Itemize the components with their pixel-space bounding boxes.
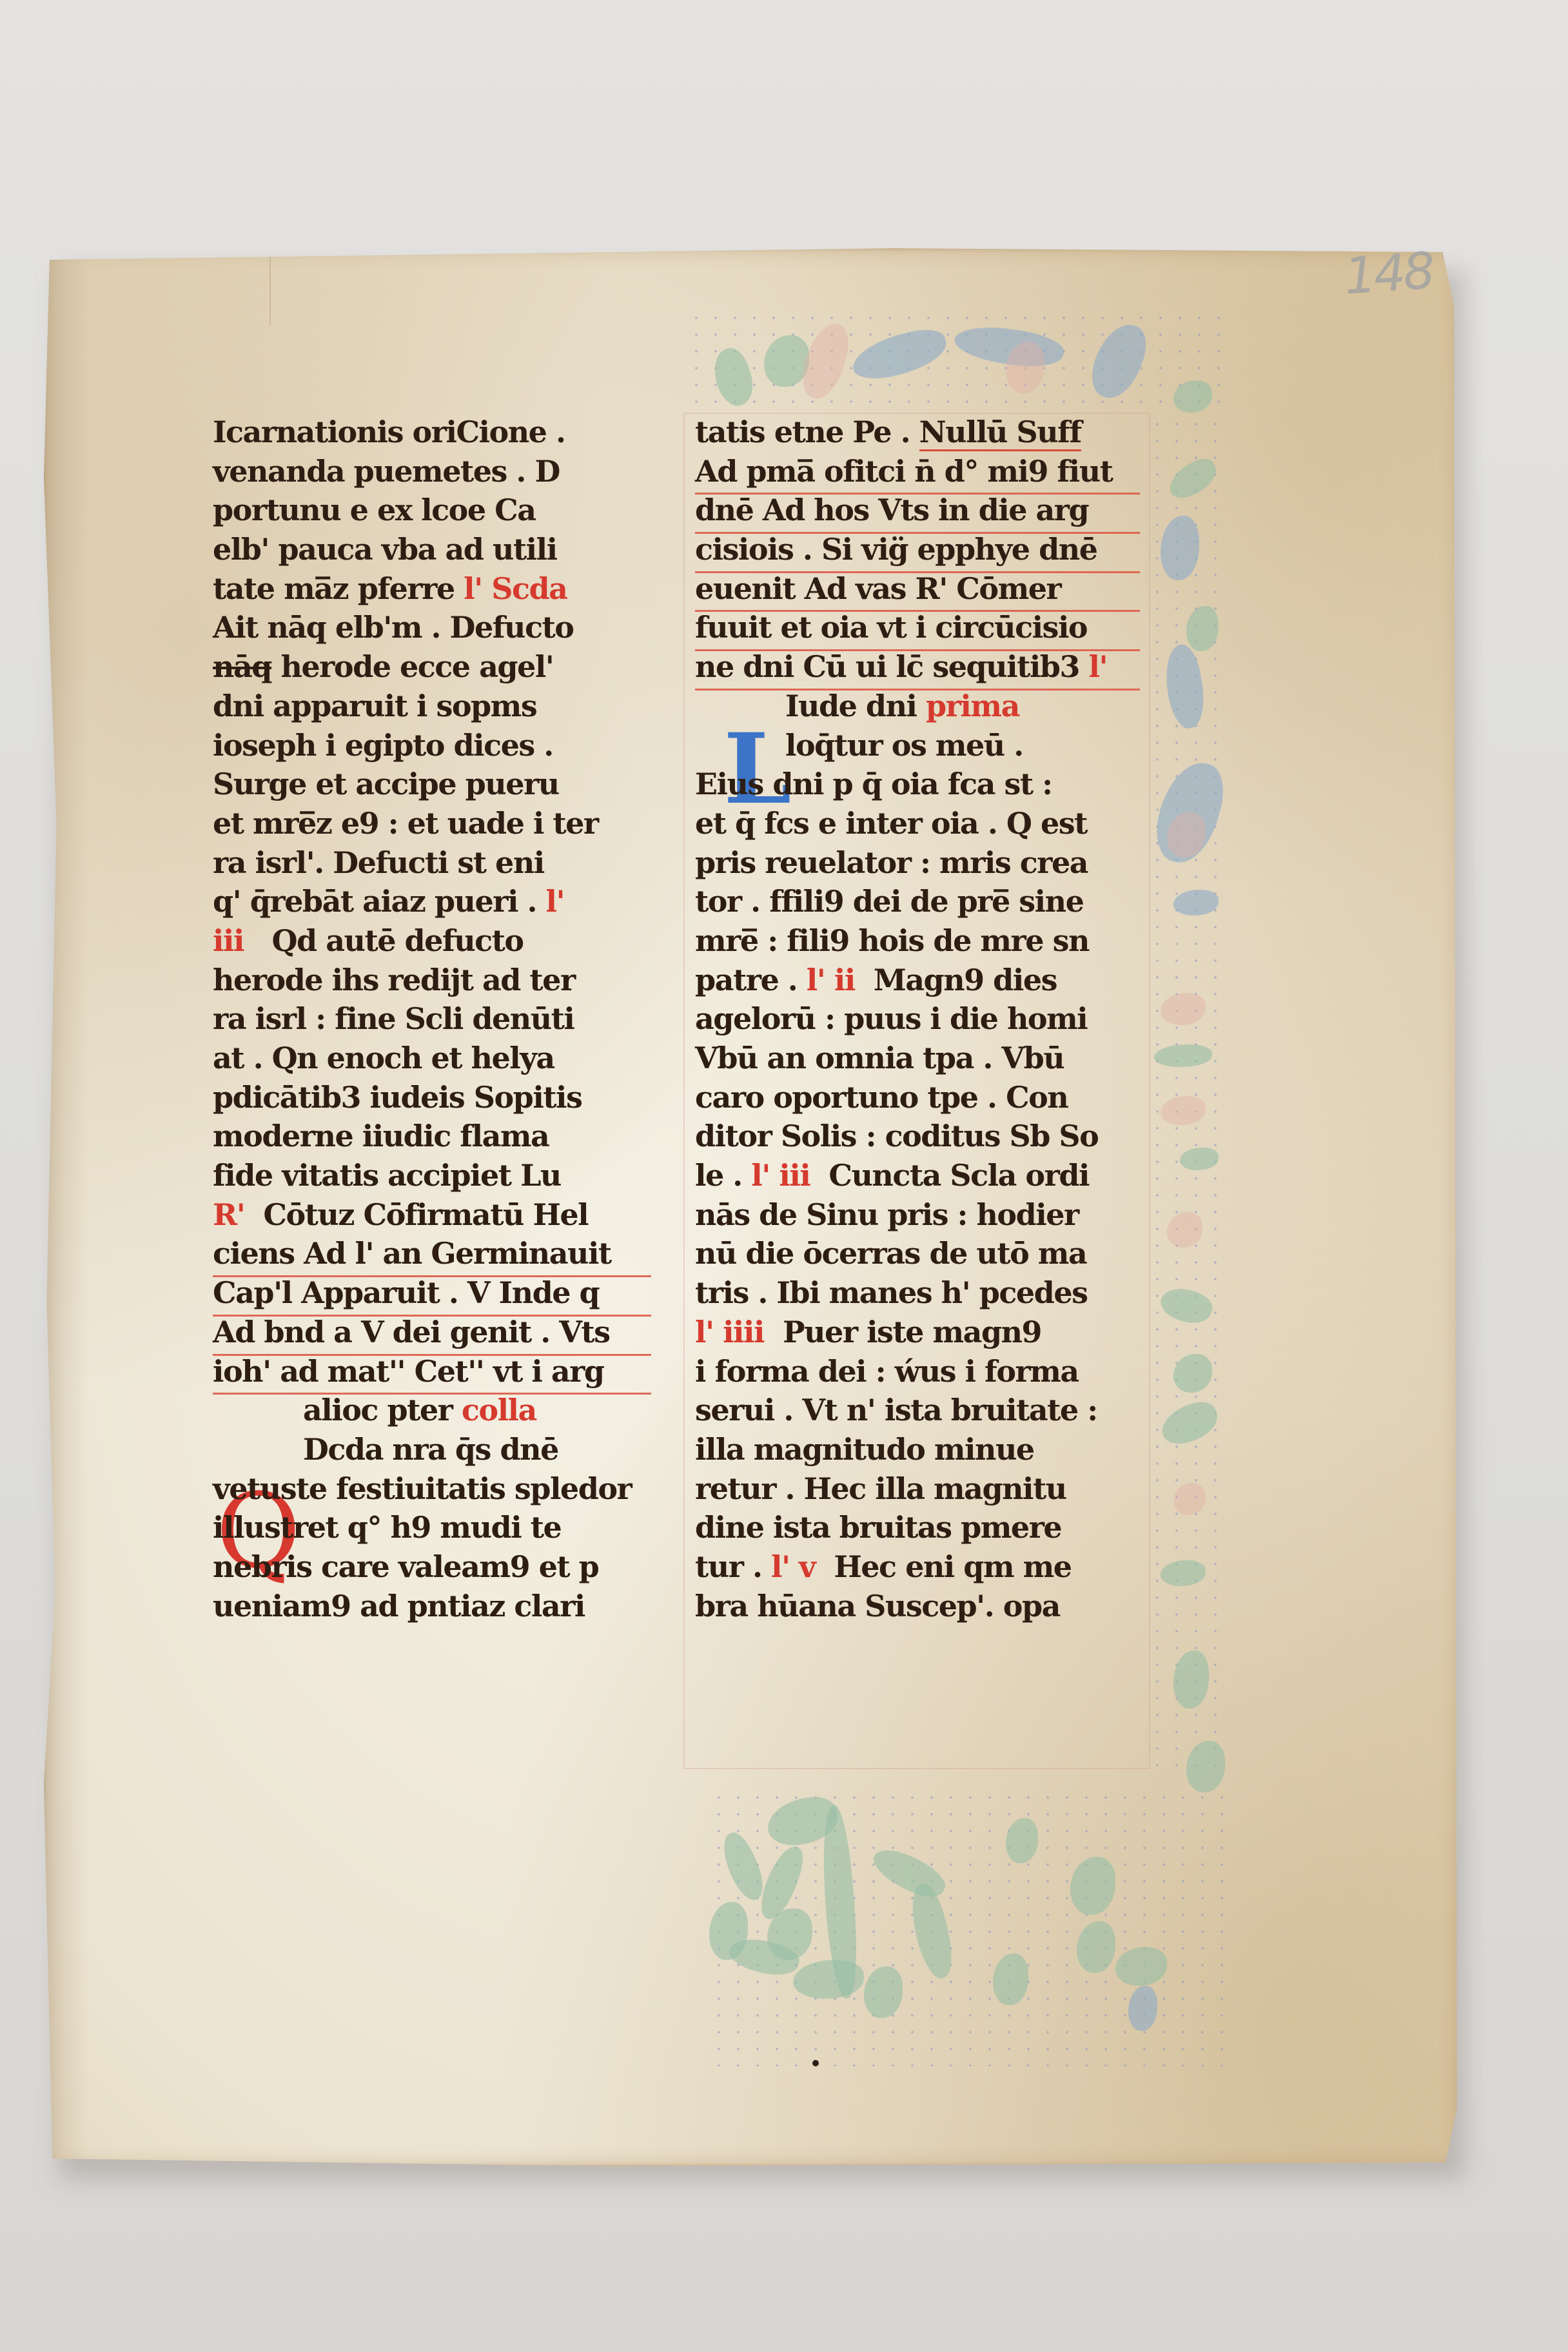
text-line: ciens Ad l' an Germinauit: [213, 1234, 651, 1273]
text-line: nās de Sinu pris : hodier: [695, 1195, 1140, 1235]
text-line: Iude dni prima: [695, 687, 1140, 726]
text-line: R' Cōtuz Cōfirmatū Hel: [213, 1195, 651, 1235]
text-column-right: tatis etne Pe . Nullū Suff Ad pma̅ ofitc…: [695, 413, 1140, 1625]
text-line: dine ista bruitas pmere: [695, 1508, 1140, 1547]
text-line: tris . Ibi manes h' pcedes: [695, 1273, 1140, 1313]
text-line: Dcda nra q̄s dnē: [213, 1430, 651, 1469]
text-line: ra isrl : fine Scli denūti: [213, 999, 651, 1039]
text-line: agelorū : puus i die homi: [695, 999, 1140, 1039]
rubric: l' iii: [751, 1158, 810, 1193]
text-line: le . l' iii Cuncta Scla ordi: [695, 1156, 1140, 1195]
text-line: nāq herode ecce agel': [213, 647, 651, 687]
rubric-note: Nullū Suff: [919, 415, 1081, 451]
text-line: fuuit et oia vt i circūcisio: [695, 608, 1140, 647]
text-line: et mre̅z e9 : et uade i ter: [213, 804, 651, 843]
text-line: caro oportuno tpe . Con: [695, 1078, 1140, 1117]
text-line: ioh' ad mat'' Cet'' vt i arg: [213, 1352, 651, 1391]
text-line: nū die ōcerras de utō ma: [695, 1234, 1140, 1273]
text-line: bra hūana Suscep'. opa: [695, 1587, 1140, 1626]
top-crease: [269, 248, 271, 326]
rubric: l' Scda: [464, 571, 567, 606]
text-line: elb' pauca vba ad utili: [213, 530, 651, 569]
text-line: euenit Ad vas R' Cōmer: [695, 569, 1140, 609]
text-line: alioc pter colla: [213, 1391, 651, 1430]
rubric: iii: [213, 923, 244, 958]
text-line: ra isrl'. Defucti st eni: [213, 843, 651, 883]
rubric: l': [1088, 649, 1107, 684]
text-line: q' q̄rebāt aiaz pueri . l': [213, 882, 651, 921]
text-line: patre . l' ii Magn9 dies: [695, 961, 1140, 1000]
rubric: l' ii: [807, 963, 855, 997]
text-line: at . Qn enoch et helya: [213, 1039, 651, 1078]
text-line: dni apparuit i sopms: [213, 687, 651, 726]
text-line: Ad pma̅ ofitci n̄ d° mi9 fiut: [695, 452, 1140, 491]
text-line: serui . Vt n' ista bruitate :: [695, 1391, 1140, 1430]
text-line: Cap'l Apparuit . V Inde q: [213, 1273, 651, 1313]
rubric: l': [546, 884, 565, 919]
text-line: iii Qd autē defucto: [213, 921, 651, 961]
text-line: herode ihs redijt ad ter: [213, 961, 651, 1000]
text-line: et q̄ fcs e inter oia . Q est: [695, 804, 1140, 843]
text-line: l' iiii Puer iste magn9: [695, 1313, 1140, 1352]
text-line: ioseph i egipto dices .: [213, 726, 651, 765]
text-line: Ad bnd a V dei genit . Vts: [213, 1313, 651, 1352]
text-line: pris reuelator : mris crea: [695, 843, 1140, 883]
text-line: ueniam9 ad pntiaz clari: [213, 1587, 651, 1626]
rubric: l' v: [771, 1549, 815, 1584]
rubric: colla: [462, 1393, 536, 1427]
text-line: retur . Hec illa magnitu: [695, 1469, 1140, 1509]
text-line: Vbū an omnia tpa . Vbū: [695, 1039, 1140, 1078]
text-line: pdicātib3 iudeis Sopitis: [213, 1078, 651, 1117]
text-line: ne dni Cū ui lc̄ sequitib3 l': [695, 647, 1140, 687]
struck-word: nāq: [213, 649, 271, 684]
gutter-wear: [44, 248, 89, 2166]
text-line: moderne iiudic flama: [213, 1117, 651, 1156]
text-line: Icarnationis oriCione .: [213, 413, 651, 452]
text-line: vetuste festiuitatis spledor: [213, 1469, 651, 1509]
text-line: fide vitatis accipiet Lu: [213, 1156, 651, 1195]
rubric: R': [213, 1197, 244, 1232]
text-line: ditor Solis : coditus Sb So: [695, 1117, 1140, 1156]
text-line: illustret q° h9 mudi te: [213, 1508, 651, 1547]
rubric: l' iiii: [695, 1315, 764, 1349]
text-line: i forma dei : ẃus i forma: [695, 1352, 1140, 1391]
ink-spot: [812, 2060, 819, 2066]
text-line: portunu e ex lcoe Ca: [213, 491, 651, 530]
text-line: tur . l' v Hec eni qm me: [695, 1547, 1140, 1587]
text-line: tatis etne Pe . Nullū Suff: [695, 413, 1140, 452]
text-line: dnē Ad hos Vts in die arg: [695, 491, 1140, 530]
rubric: prima: [926, 689, 1019, 723]
text-line: mre̅ : fili9 hois de mre sn: [695, 921, 1140, 961]
text-line: cisiois . Si vig̈ epphye dnē: [695, 530, 1140, 569]
text-line: nebris care valeam9 et p: [213, 1547, 651, 1587]
text-line: Surge et accipe pueru: [213, 765, 651, 804]
text-line: Ait nāq elb'm . Defucto: [213, 608, 651, 647]
text-line: tate ma̅z pferre l' Scda: [213, 569, 651, 609]
text-line: Eius dni p q̄ oia fca st :: [695, 765, 1140, 804]
text-column-left: Icarnationis oriCione . venanda puemetes…: [213, 413, 651, 1625]
text-line: venanda puemetes . D: [213, 452, 651, 491]
text-line: loq̄tur os meū .: [695, 726, 1140, 765]
folio-number: 148: [1342, 242, 1435, 306]
text-line: tor . ffili9 dei de pre̅ sine: [695, 882, 1140, 921]
text-line: illa magnitudo minue: [695, 1430, 1140, 1469]
